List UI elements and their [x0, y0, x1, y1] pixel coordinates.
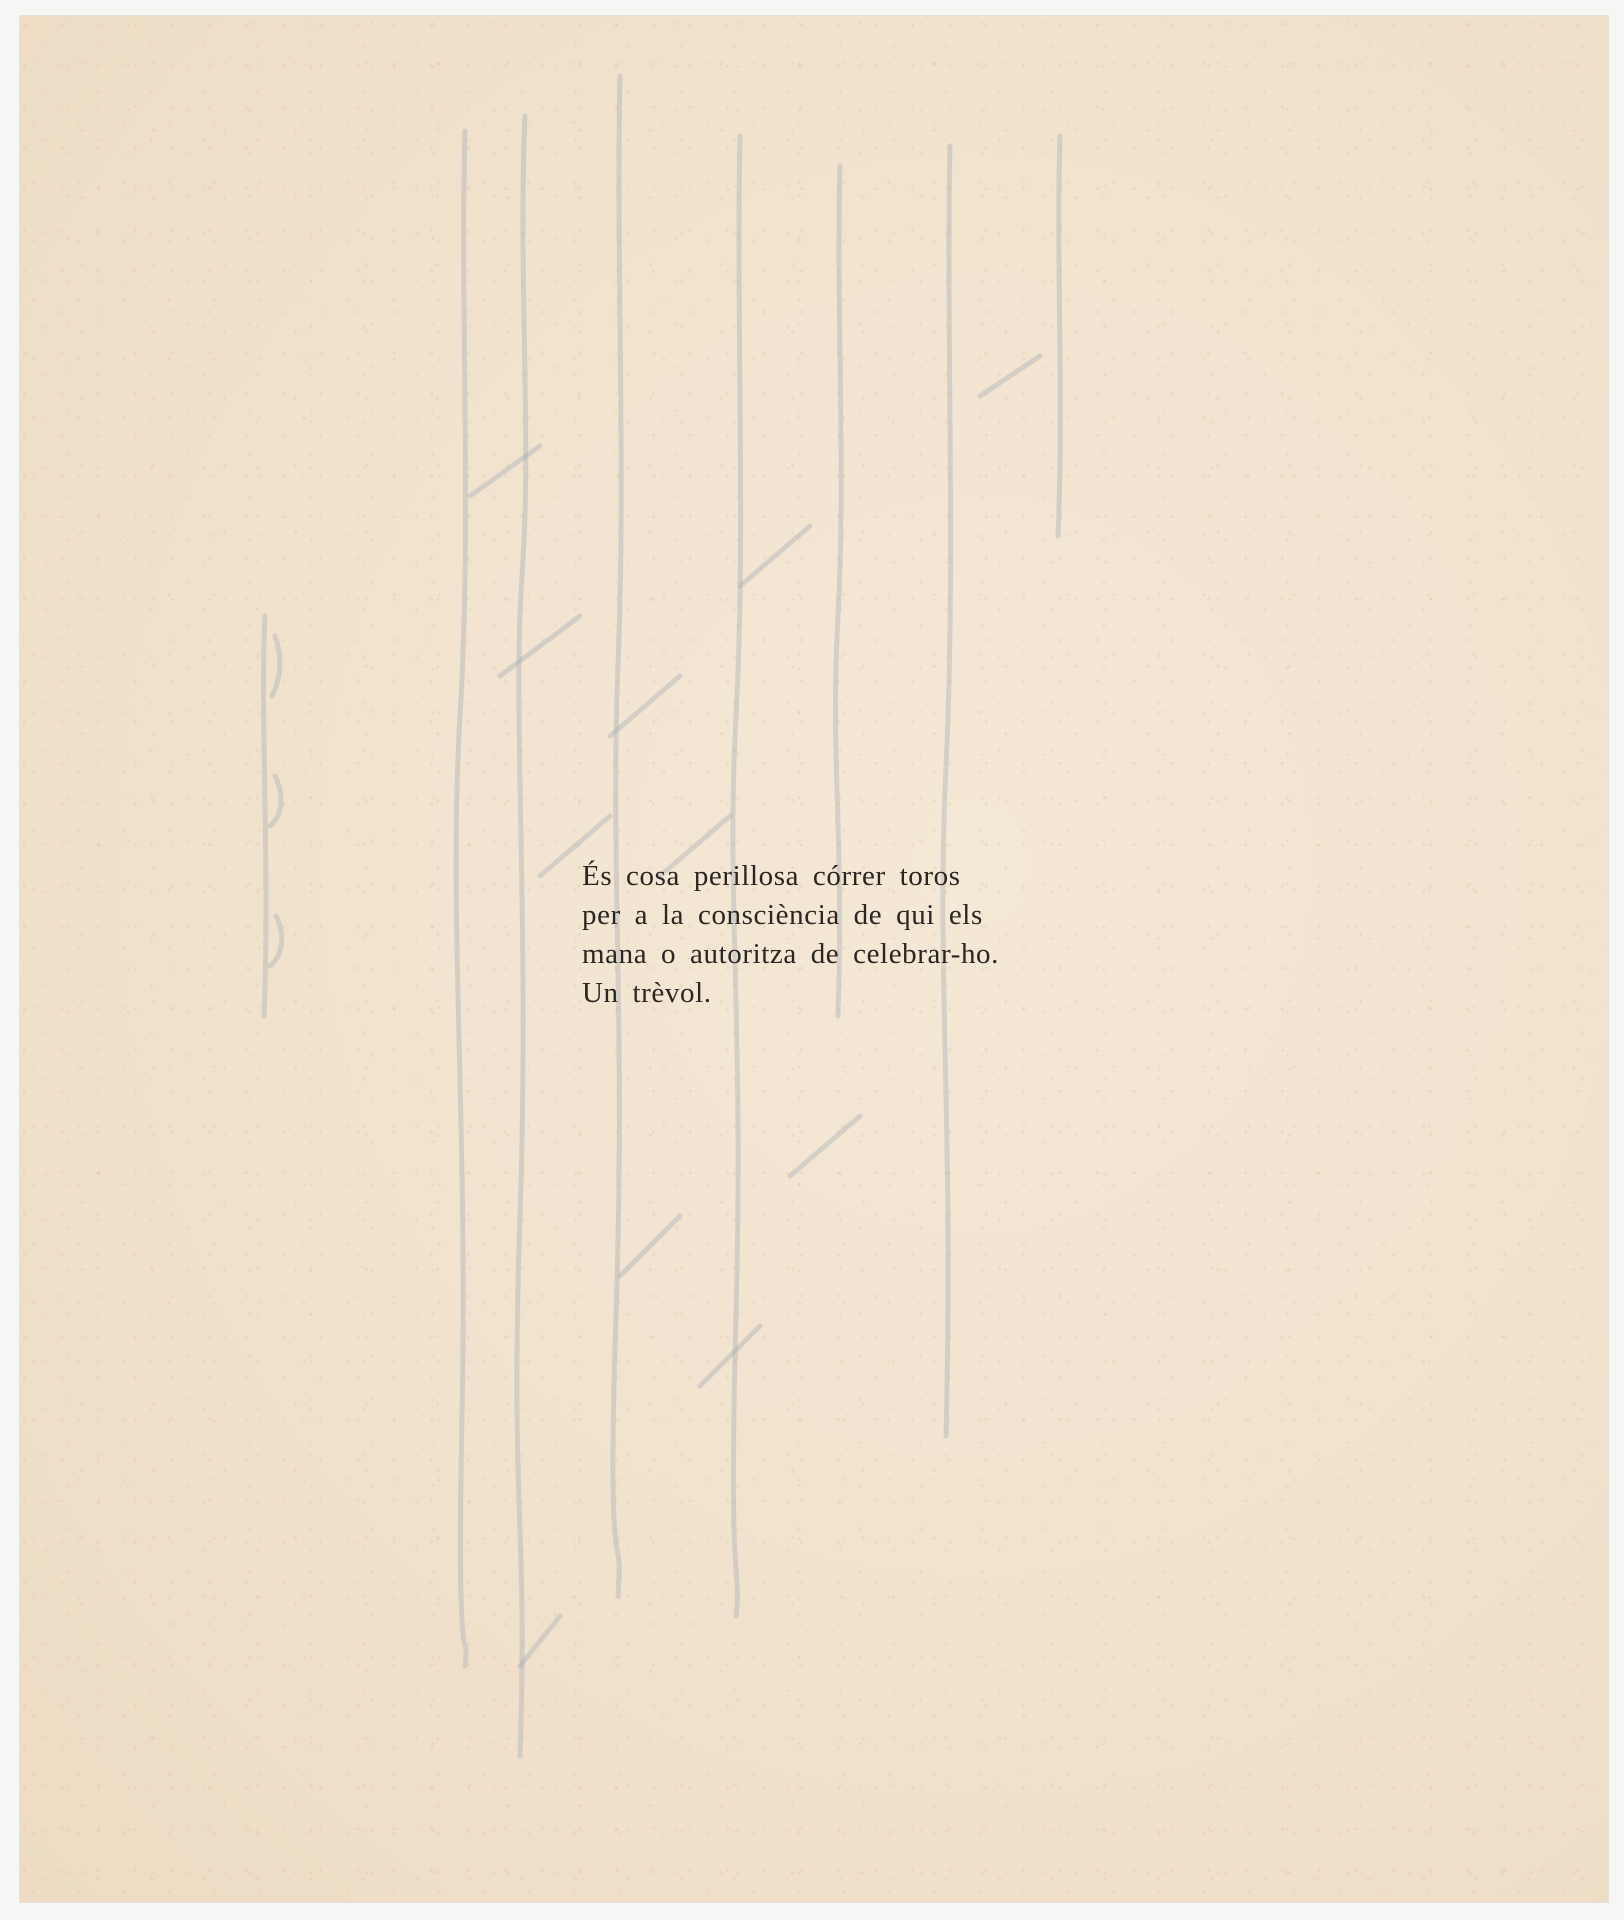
text-line-1: És cosa perillosa córrer toros: [582, 857, 999, 896]
paper-sheet: És cosa perillosa córrer toros per a la …: [20, 16, 1608, 1902]
text-line-2: per a la consciència de qui els: [582, 896, 999, 935]
text-line-4: Un trèvol.: [582, 974, 999, 1013]
text-line-3: mana o autoritza de celebrar-ho.: [582, 935, 999, 974]
scan-background: És cosa perillosa córrer toros per a la …: [0, 0, 1624, 1920]
printed-text-block: És cosa perillosa córrer toros per a la …: [582, 857, 999, 1013]
